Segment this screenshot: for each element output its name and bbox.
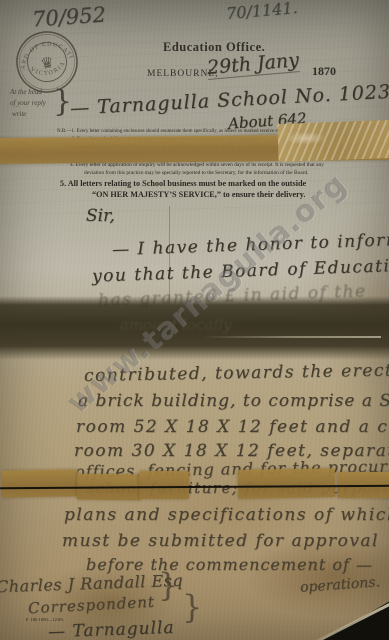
body-line-6: room 52 X 18 X 12 feet and a class xyxy=(76,417,389,437)
nb-rule-5: deviation from this practice may be spec… xyxy=(84,170,308,176)
tape-segment-4 xyxy=(238,468,335,499)
rule5-line2: “ON HER MAJESTY’S SERVICE,” to ensure th… xyxy=(92,190,305,199)
margin-note-line3: write xyxy=(12,110,26,118)
year-label: 1870 xyxy=(312,64,336,79)
body-line-12: before the commencement of — xyxy=(86,555,373,574)
salutation: Sir, xyxy=(86,206,115,226)
body-line-5: a brick building, to comprise a School xyxy=(78,391,389,411)
body-line-11: must be submitted for approval xyxy=(62,531,379,551)
place-name: — Tarnagulla xyxy=(48,618,175,640)
crown-icon: ♛ xyxy=(39,55,55,73)
tape-patch-top-right xyxy=(277,120,389,162)
margin-note-line1: At the head xyxy=(10,88,42,96)
nb-rule-1: N.B.—1. Every letter containing enclosur… xyxy=(57,129,305,134)
document-photo: 70/952 70/1141. BOARD OF EDUCATION VICTO… xyxy=(0,0,389,640)
tape-segment-3 xyxy=(139,471,189,499)
margin-note-line2: of your reply xyxy=(10,99,46,107)
vertical-crease xyxy=(169,206,170,302)
rule5-line1: 5. All letters relating to School busine… xyxy=(60,179,306,188)
tape-segment-1 xyxy=(2,469,78,497)
signature-brace-2: } xyxy=(182,588,202,626)
signature-brace-1: } xyxy=(158,566,178,604)
fold-sheen-highlight xyxy=(202,336,381,338)
body-line-10: plans and specifications of which xyxy=(64,505,389,525)
